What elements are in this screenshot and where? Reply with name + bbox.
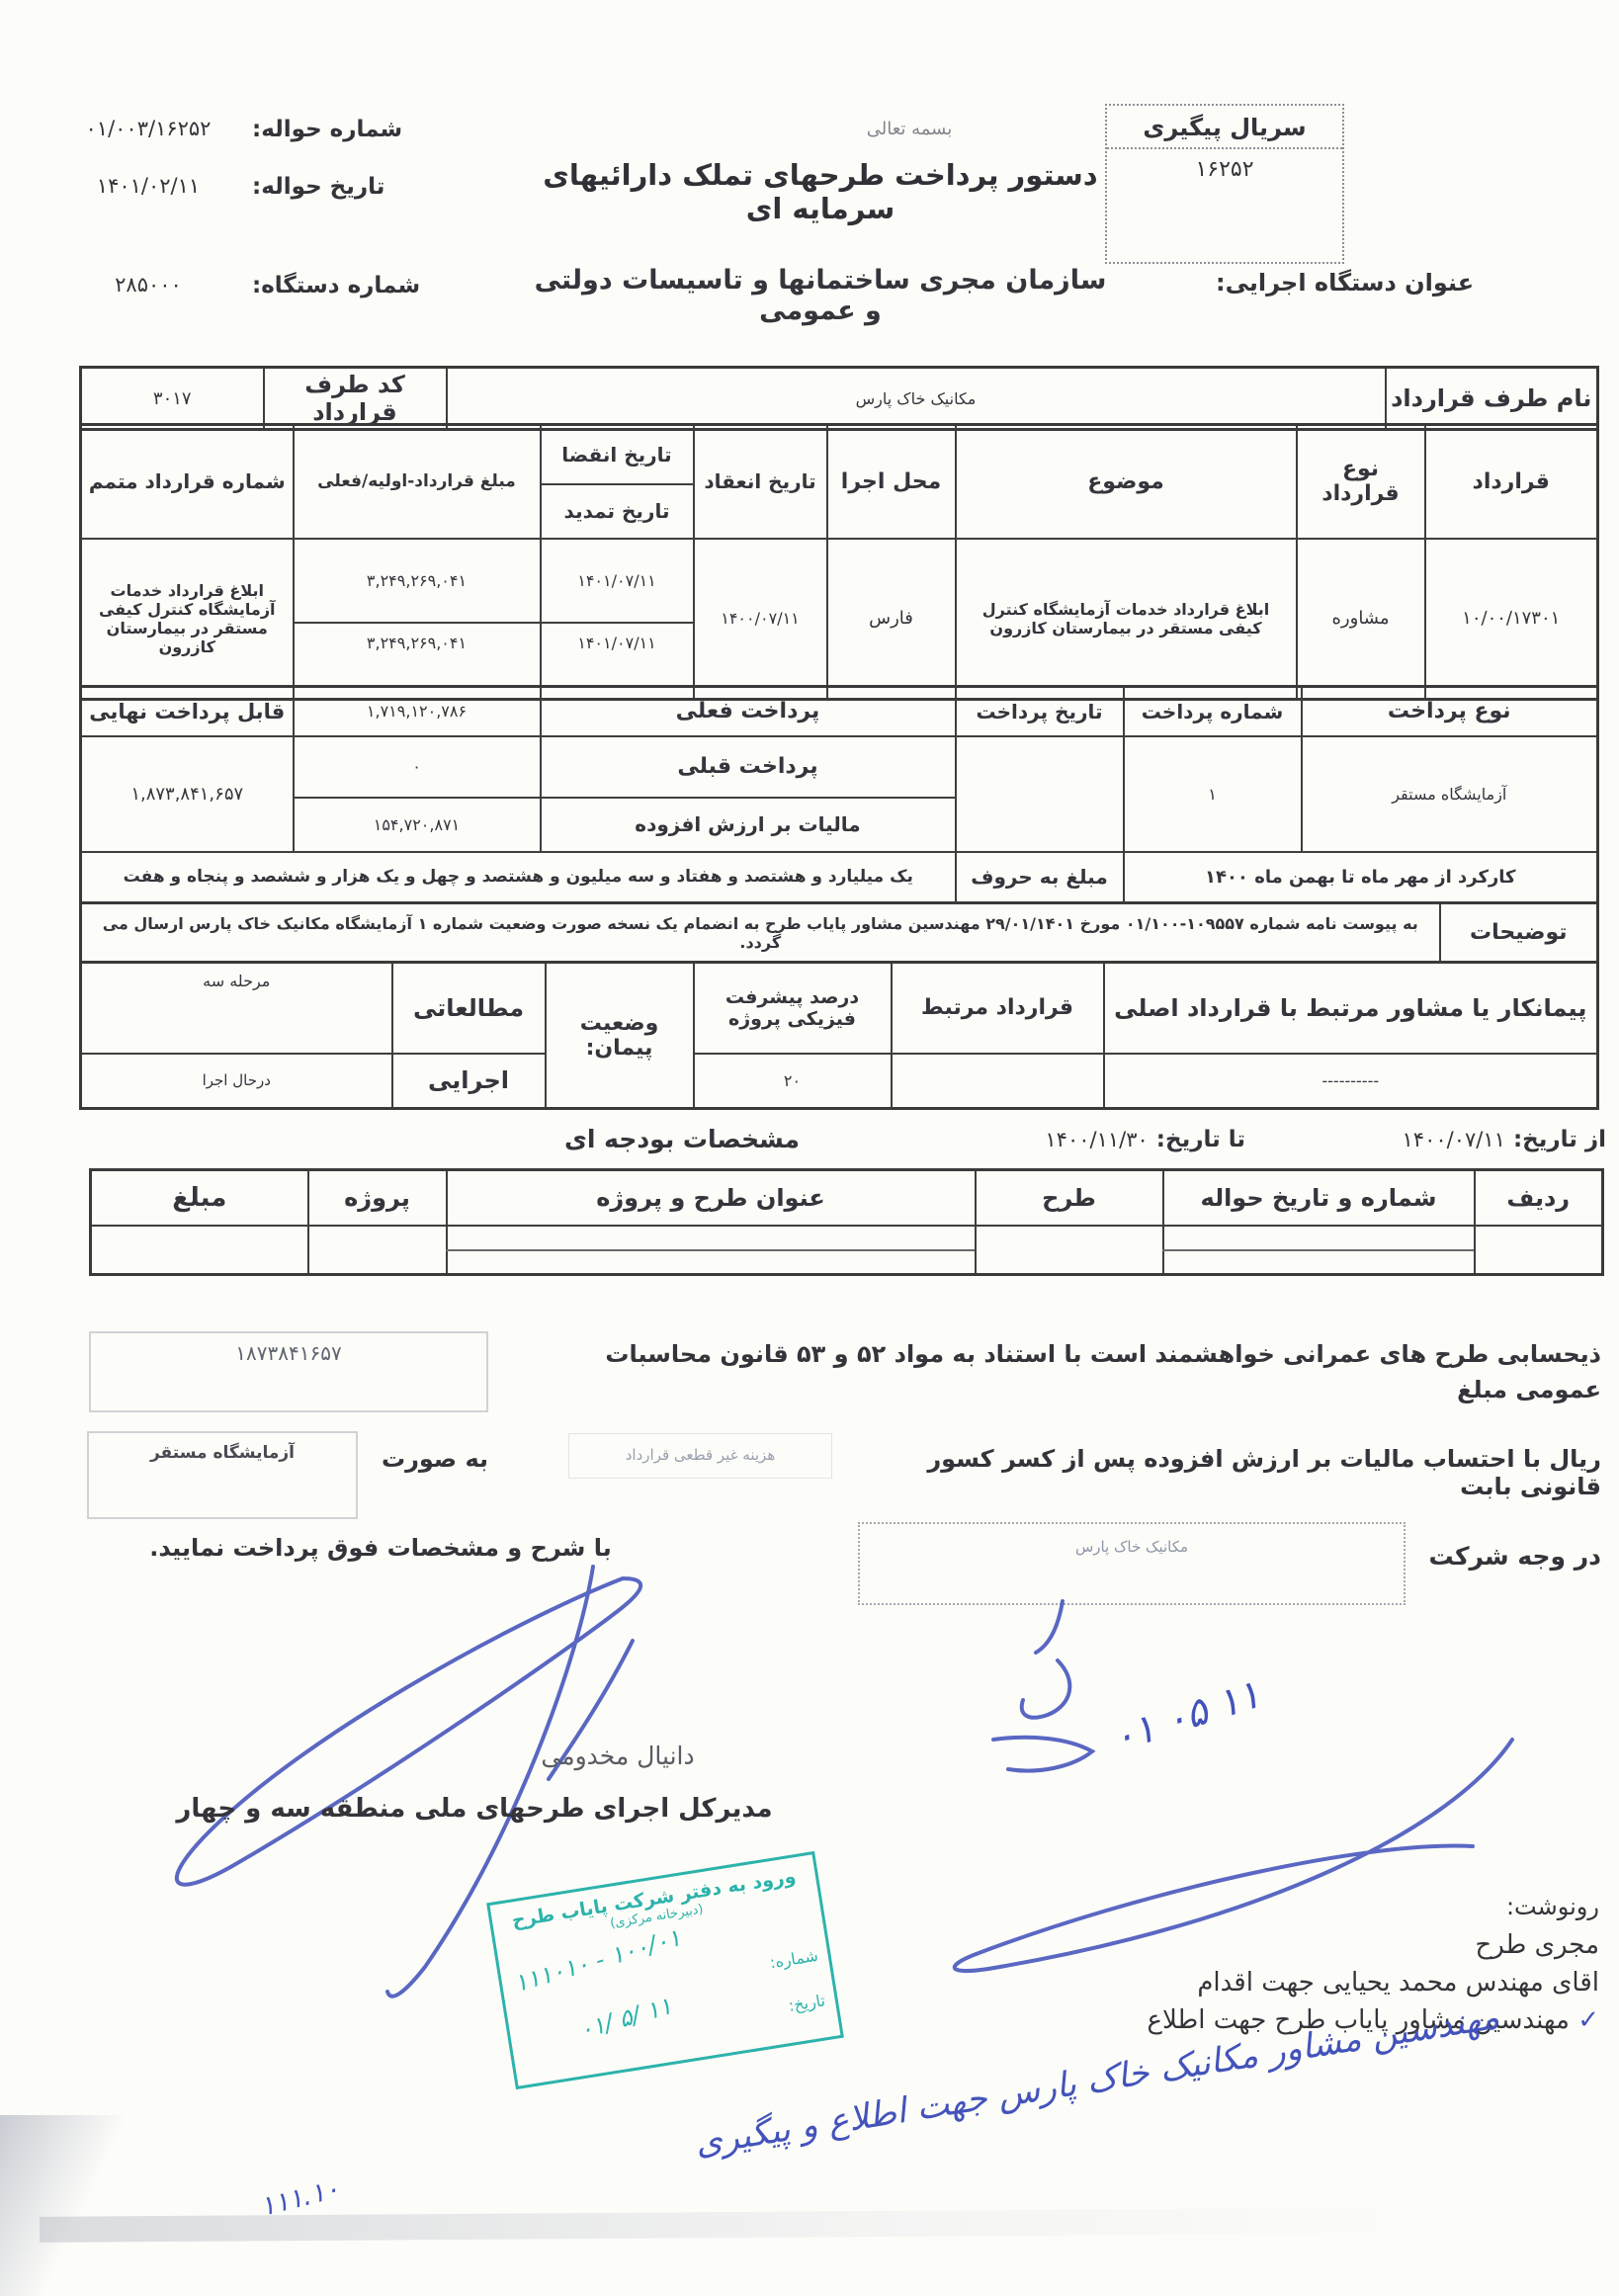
accounting-request-line: ذیحسابی طرح های عمرانی خواهشمند است با ا… bbox=[514, 1336, 1601, 1407]
col-contract-status-line2: پیمان: bbox=[551, 1036, 689, 1061]
expense-kind-value: هزینه غیر قطعی قرارداد bbox=[569, 1434, 831, 1464]
payee-company-box: مکانیک خاک پارس bbox=[858, 1522, 1406, 1605]
budget-col-plan: طرح bbox=[976, 1170, 1163, 1226]
payment-mode-value: آزمایشگاه مستقر bbox=[89, 1433, 356, 1463]
payment-table: نوع پرداخت شماره پرداخت تاریخ پرداخت پرد… bbox=[79, 685, 1599, 904]
work-period-note: کارکرد از مهر ماه تا بهمن ماه ۱۴۰۰ bbox=[1124, 852, 1598, 903]
budget-col-project: پروژه bbox=[308, 1170, 447, 1226]
havaleh-date-label: تاریخ حواله: bbox=[252, 174, 430, 200]
col-contract: قرارداد bbox=[1425, 425, 1598, 539]
party-name-value: مکانیک خاک پارس bbox=[447, 368, 1386, 430]
stamp-date-handwritten: ۱۱ /۵ /۰۱ bbox=[576, 1992, 675, 2044]
col-contract-status: وضعیت پیمان: bbox=[546, 963, 694, 1109]
contract-detail-table: قرارداد نوع قرارداد موضوع محل اجرا تاریخ… bbox=[79, 423, 1599, 701]
related-contract-value bbox=[892, 1054, 1104, 1109]
besoorat-label: به صورت bbox=[371, 1445, 499, 1473]
col-contract-amount: مبلغ قرارداد-اولیه/فعلی bbox=[294, 425, 541, 539]
budget-col-row: ردیف bbox=[1475, 1170, 1603, 1226]
notes-table: توضیحات به پیوست نامه شماره ۱۰۹۵۵۷-۰۱/۱۰… bbox=[79, 901, 1599, 964]
vat-value: ۱۵۴,۷۲۰,۸۷۱ bbox=[294, 798, 541, 852]
amount-in-words-label: مبلغ به حروف bbox=[956, 852, 1124, 903]
col-payment-date: تاریخ پرداخت bbox=[956, 687, 1124, 736]
contract-sign-date-value: ۱۴۰۰/۰۷/۱۱ bbox=[694, 539, 827, 700]
checkmark-icon: ✓ bbox=[1577, 2005, 1599, 2035]
serial-tracking-value: ۱۶۲۵۲ bbox=[1107, 149, 1342, 182]
scanned-payment-order-document: بسمه تعالی دستور پرداخت طرحهای تملک دارا… bbox=[0, 0, 1619, 2296]
budget-plan-value bbox=[976, 1226, 1163, 1275]
scan-shadow-corner bbox=[0, 2115, 148, 2296]
col-supplement-contract: شماره قرارداد متمم bbox=[81, 425, 294, 539]
party-code-label: کد طرف قرارداد bbox=[264, 368, 447, 430]
budget-row-value bbox=[1475, 1226, 1603, 1275]
budget-col-havaleh: شماره و تاریخ حواله bbox=[1163, 1170, 1475, 1226]
notes-label: توضیحات bbox=[1440, 903, 1598, 963]
budget-col-project-title: عنوان طرح و پروژه bbox=[447, 1170, 976, 1226]
col-physical-progress: درصد پیشرفت فیزیکی پروژه bbox=[694, 963, 892, 1054]
closing-instruction: با شرح و مشخصات فوق پرداخت نمایید. bbox=[128, 1534, 633, 1562]
to-date-value: ۱۴۰۰/۱۱/۳۰ bbox=[1045, 1128, 1148, 1151]
payment-date-value bbox=[956, 736, 1124, 852]
copies-item-plan-executor: مجری طرح bbox=[1058, 1930, 1599, 1960]
device-no-label: شماره دستگاه: bbox=[252, 273, 430, 298]
payment-type-value: آزمایشگاه مستقر bbox=[1302, 736, 1598, 852]
col-physical-progress-line1: درصد پیشرفت bbox=[699, 986, 887, 1008]
budget-col-amount: مبلغ bbox=[91, 1170, 308, 1226]
approved-amount-value: ۱۸۷۳۸۴۱۶۵۷ bbox=[91, 1333, 486, 1365]
contract-location-value: فارس bbox=[827, 539, 956, 700]
copies-item-engineer: اقای مهندس محمد یحیایی جهت اقدام bbox=[1058, 1968, 1599, 1998]
amount-in-words-value: یک میلیارد و هشتصد و هفتاد و سه میلیون و… bbox=[81, 852, 956, 903]
payee-company-value: مکانیک خاک پارس bbox=[860, 1524, 1404, 1556]
party-name-label: نام طرف قرارداد bbox=[1386, 368, 1598, 430]
party-code-value: ۳۰۱۷ bbox=[81, 368, 264, 430]
contract-amount-initial: ۳,۲۴۹,۲۶۹,۰۴۱ bbox=[294, 539, 541, 623]
budget-section-title: مشخصات بودجه ای bbox=[514, 1125, 850, 1153]
col-extension-date: تاریخ تمدید bbox=[541, 484, 694, 539]
vat-label: مالیات بر ارزش افزوده bbox=[541, 798, 956, 852]
payment-mode-box: آزمایشگاه مستقر bbox=[87, 1431, 358, 1519]
budget-amount-value bbox=[91, 1226, 308, 1275]
havaleh-no-value: ۰۱/۰۰۳/۱۶۲۵۲ bbox=[59, 117, 237, 140]
from-date-value: ۱۴۰۰/۰۷/۱۱ bbox=[1403, 1128, 1505, 1151]
contract-no-value: ۱۰/۰۰/۱۷۳۰۱ bbox=[1425, 539, 1598, 700]
col-contract-status-line1: وضعیت bbox=[551, 1011, 689, 1036]
budget-havaleh-value-top bbox=[1163, 1226, 1475, 1250]
from-date-label: از تاریخ: bbox=[1513, 1127, 1606, 1152]
previous-payment-label: پرداخت قبلی bbox=[541, 736, 956, 798]
final-payable-label: قابل پرداخت نهایی bbox=[81, 687, 294, 736]
current-payment-value: ۱,۷۱۹,۱۲۰,۷۸۶ bbox=[294, 687, 541, 736]
havaleh-date-value: ۱۴۰۱/۰۲/۱۱ bbox=[59, 174, 237, 198]
col-location: محل اجرا bbox=[827, 425, 956, 539]
col-subject: موضوع bbox=[956, 425, 1297, 539]
related-consultant-value: ---------- bbox=[1104, 1054, 1598, 1109]
col-study-phase: مطالعاتی bbox=[392, 963, 546, 1054]
col-contract-type: نوع قرارداد bbox=[1297, 425, 1425, 539]
budget-havaleh-value-bottom bbox=[1163, 1250, 1475, 1275]
executing-org-label: عنوان دستگاه اجرایی: bbox=[1216, 269, 1512, 297]
bismillah-text: بسمه تعالی bbox=[820, 119, 998, 139]
to-date-line: تا تاریخ: ۱۴۰۰/۱۱/۳۰ bbox=[919, 1127, 1245, 1152]
budget-project-title-value-top bbox=[447, 1226, 976, 1250]
supplement-contract-value: ابلاغ قرارداد خدمات آزمایشگاه کنترل کیفی… bbox=[81, 539, 294, 700]
budget-table: ردیف شماره و تاریخ حواله طرح عنوان طرح و… bbox=[89, 1168, 1604, 1276]
to-date-label: تا تاریخ: bbox=[1156, 1127, 1245, 1152]
col-physical-progress-line2: فیزیکی پروژه bbox=[699, 1008, 887, 1030]
col-related-contract: قرارداد مرتبط bbox=[892, 963, 1104, 1054]
signer-name: دانیال مخدومی bbox=[494, 1742, 741, 1770]
executing-org-name: سازمان مجری ساختمانها و تاسیسات دولتی و … bbox=[524, 265, 1117, 326]
payment-no-value: ۱ bbox=[1124, 736, 1302, 852]
physical-progress-value: ۲۰ bbox=[694, 1054, 892, 1109]
final-payable-value: ۱,۸۷۳,۸۴۱,۶۵۷ bbox=[81, 736, 294, 852]
approved-amount-box: ۱۸۷۳۸۴۱۶۵۷ bbox=[89, 1331, 488, 1412]
budget-project-value bbox=[308, 1226, 447, 1275]
current-payment-label: پرداخت فعلی bbox=[541, 687, 956, 736]
stamp-number-label: شماره: bbox=[769, 1946, 819, 1972]
previous-payment-value: ۰ bbox=[294, 736, 541, 798]
related-contract-table: پیمانکار یا مشاور مرتبط با قرارداد اصلی … bbox=[79, 961, 1599, 1110]
col-payment-type: نوع پرداخت bbox=[1302, 687, 1598, 736]
serial-tracking-box: سریال پیگیری ۱۶۲۵۲ bbox=[1105, 104, 1344, 264]
contract-expiry-value: ۱۴۰۱/۰۷/۱۱ bbox=[541, 539, 694, 623]
col-expiry-date: تاریخ انقضا bbox=[541, 425, 694, 484]
col-payment-no: شماره پرداخت bbox=[1124, 687, 1302, 736]
serial-tracking-label: سریال پیگیری bbox=[1107, 106, 1342, 149]
payee-label: در وجه شرکت bbox=[1423, 1542, 1601, 1571]
expense-kind-box: هزینه غیر قطعی قرارداد bbox=[568, 1433, 832, 1479]
signer-title: مدیرکل اجرای طرحهای ملی منطقه سه و چهار bbox=[168, 1794, 781, 1824]
rial-vat-line: ریال با احتساب مالیات بر ارزش افزوده پس … bbox=[850, 1445, 1601, 1500]
handwritten-date-numbers: ۱۱ ۰۵ ۰۱ bbox=[1007, 1671, 1265, 1794]
from-date-line: از تاریخ: ۱۴۰۰/۰۷/۱۱ bbox=[1280, 1127, 1606, 1152]
notes-text: به پیوست نامه شماره ۱۰۹۵۵۷-۰۱/۱۰۰ مورخ ۲… bbox=[81, 903, 1440, 963]
contract-type-value: مشاوره bbox=[1297, 539, 1425, 700]
copies-section: رونوشت: مجری طرح اقای مهندس محمد یحیایی … bbox=[1058, 1893, 1599, 2035]
copies-label: رونوشت: bbox=[1058, 1893, 1599, 1920]
havaleh-no-label: شماره حواله: bbox=[252, 117, 430, 142]
company-entry-stamp: ورود به دفتر شرکت پایاب طرح (دبیرخانه مر… bbox=[486, 1851, 844, 2089]
contract-subject-value: ابلاغ قرارداد خدمات آزمایشگاه کنترل کیفی… bbox=[956, 539, 1297, 700]
phase-header-value: مرحله سه bbox=[81, 963, 392, 1054]
col-related-consultant: پیمانکار یا مشاور مرتبط با قرارداد اصلی bbox=[1104, 963, 1598, 1054]
budget-project-title-value-bottom bbox=[447, 1250, 976, 1275]
document-title: دستور پرداخت طرحهای تملک دارائیهای سرمای… bbox=[524, 158, 1117, 225]
contract-party-table: نام طرف قرارداد مکانیک خاک پارس کد طرف ق… bbox=[79, 366, 1599, 431]
stamp-date-label: تاریخ: bbox=[787, 1991, 826, 2015]
phase-status-value: درحال اجرا bbox=[81, 1054, 392, 1109]
col-sign-date: تاریخ انعقاد bbox=[694, 425, 827, 539]
study-status-value: اجرایی bbox=[392, 1054, 546, 1109]
device-no-value: ۲۸۵۰۰۰ bbox=[59, 273, 237, 297]
